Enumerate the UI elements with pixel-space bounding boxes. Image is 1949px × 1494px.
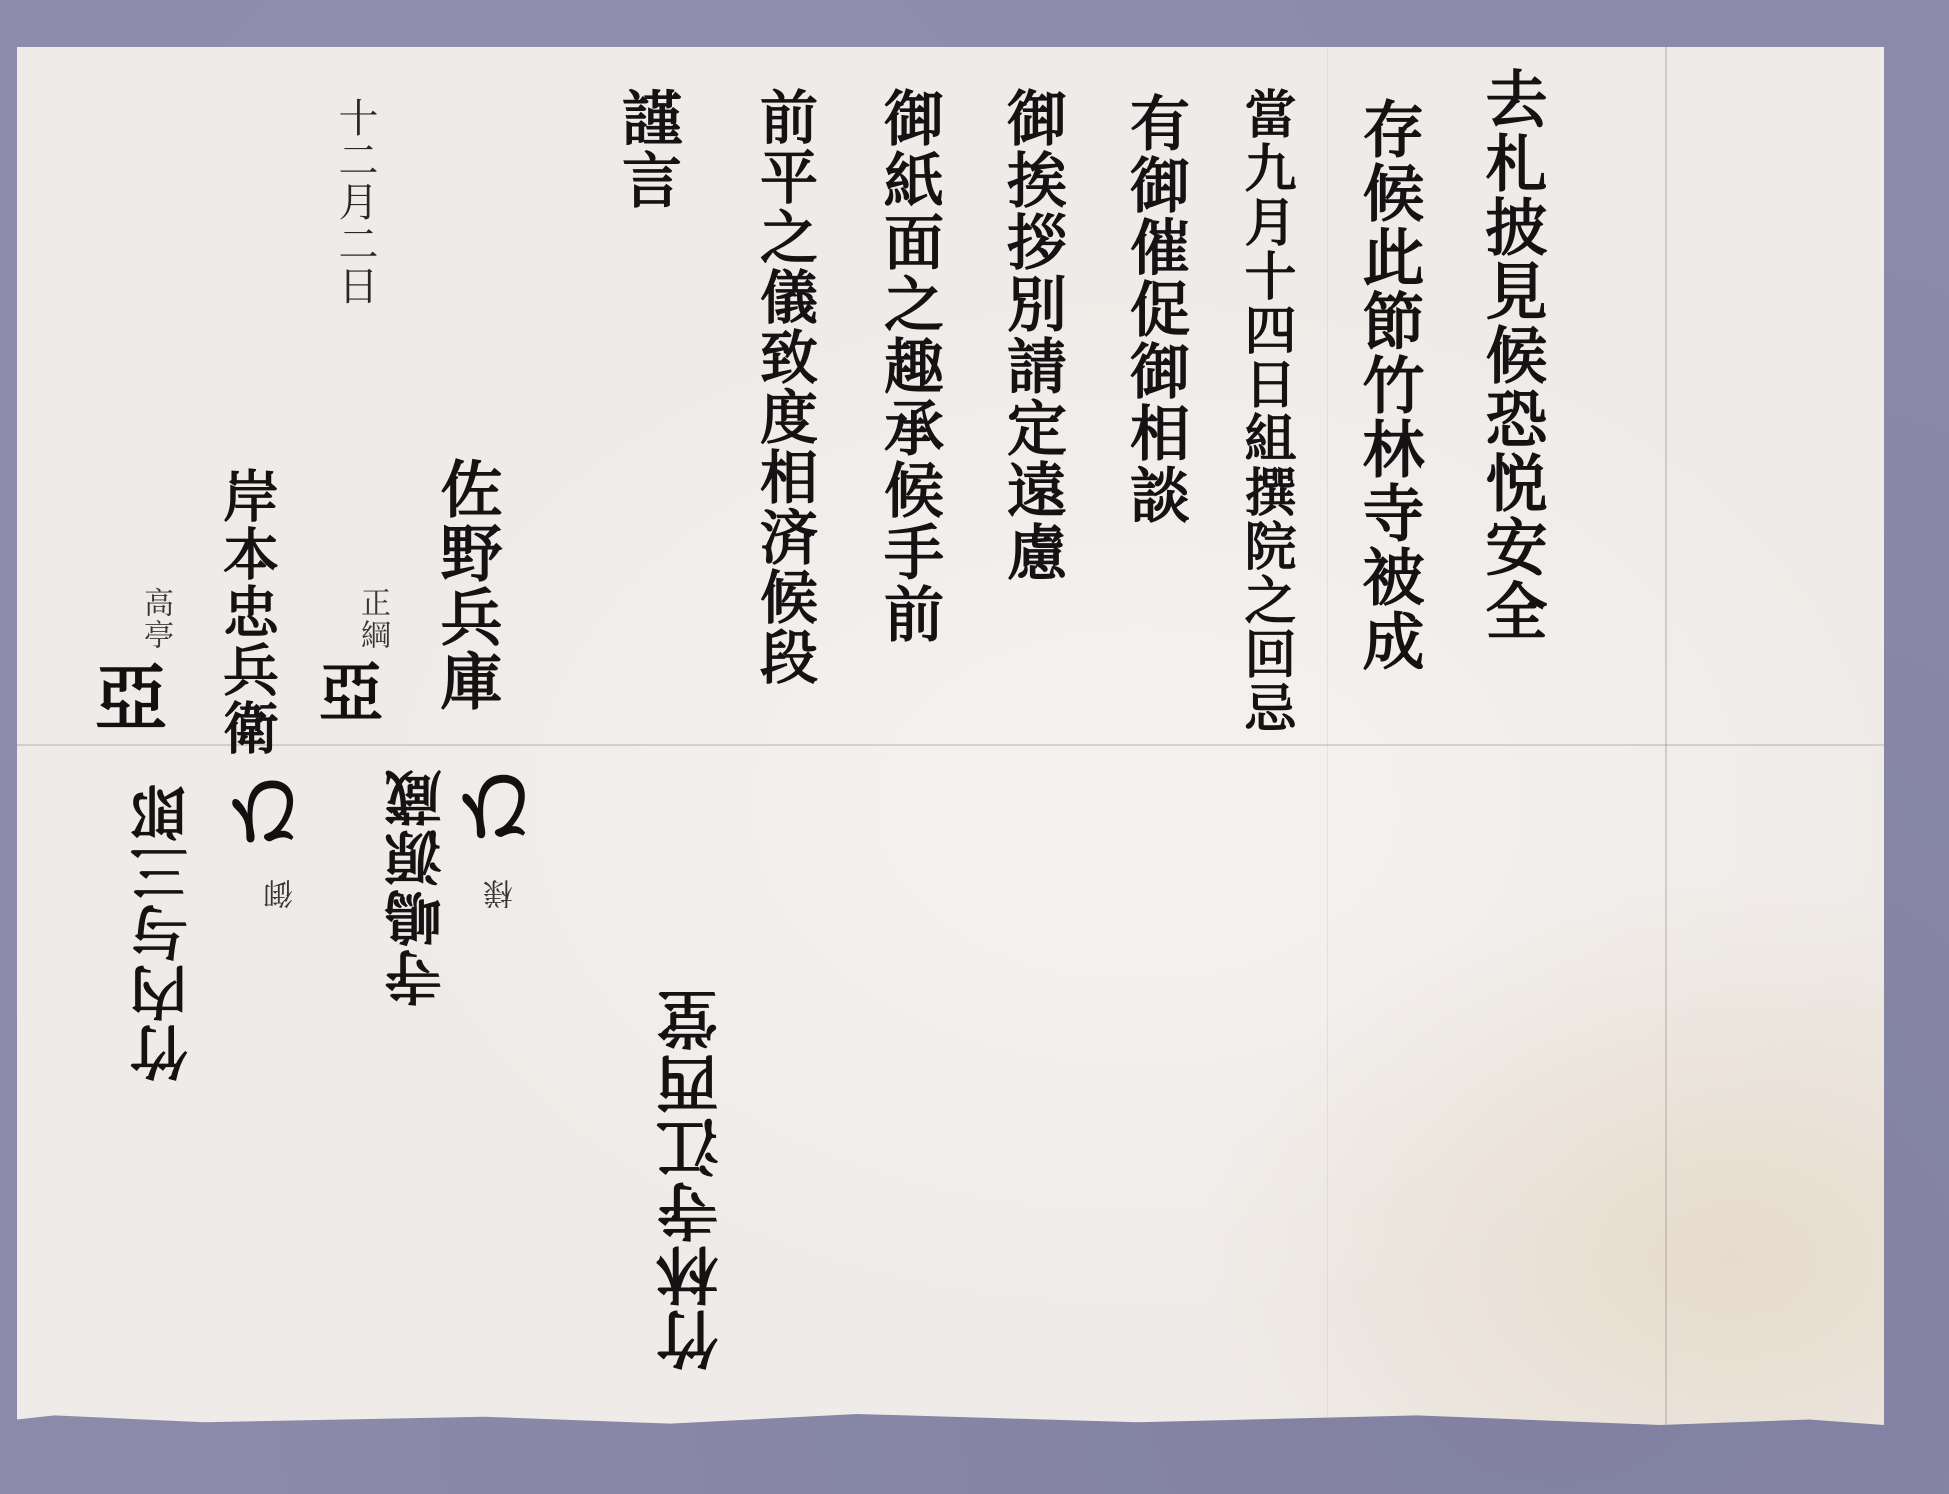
body-column-6: 御紙面之趣承候手前 (879, 87, 939, 645)
body-column-2: 存候此節竹林寺被成 (1357, 97, 1419, 673)
body-column-5: 御挨拶別請定遠慮 (1002, 87, 1062, 583)
date: 十二月二日 (335, 97, 375, 307)
signatory-3-personal-name: 高亭 (140, 587, 170, 651)
inverted-honorific-2: 御 (267, 877, 297, 909)
signatory-2-name: 岸本忠兵衛 (219, 467, 275, 757)
closing-phrase: 謹言 (617, 87, 677, 211)
inverted-signature-name-1: 寺嶋源蔵 (389, 767, 447, 1007)
signatory-1-kao-seal: 亞 (319, 662, 383, 726)
vertical-fold-line (1665, 47, 1667, 1425)
addressee: 竹林寺江西堂 (662, 987, 724, 1371)
signatory-1-personal-name: 正綱 (357, 587, 387, 651)
body-column-1: 去札披見候恐悦安全 (1480, 67, 1542, 643)
inverted-kao-seal-1: ひ (457, 767, 537, 847)
inverted-kao-seal-2: ひ (227, 772, 305, 850)
body-column-7: 前平之儀致度相済候段 (755, 87, 813, 687)
signatory-3-kao-seal: 亞 (95, 662, 167, 734)
inverted-honorific-1: 様 (487, 877, 517, 909)
document-paper: 去札披見候恐悦安全 存候此節竹林寺被成 當九月十四日組撰院之回忌 有御催促御相談… (17, 47, 1884, 1425)
faint-fold-line (1327, 47, 1328, 1425)
body-column-3: 當九月十四日組撰院之回忌 (1239, 87, 1291, 735)
signatory-1-name: 佐野兵庫 (435, 457, 497, 713)
horizontal-fold-line (17, 744, 1884, 746)
body-column-4: 有御催促御相談 (1125, 92, 1185, 526)
inverted-signature-name-2: 竹内与三郎 (135, 782, 193, 1082)
